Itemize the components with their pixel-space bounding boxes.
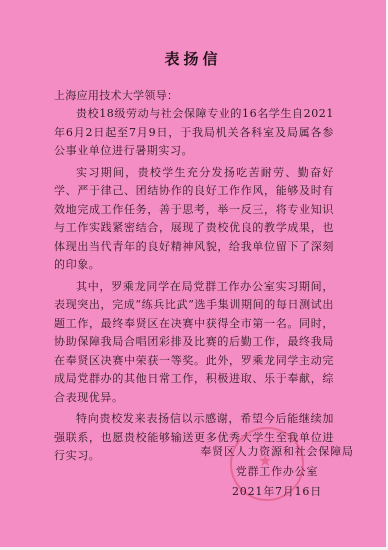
paragraph-internship-intro: 贵校18级劳动与社会保障专业的16名学生自2021年6月2日起至7月9日，于我局… [54, 105, 334, 161]
letter-title: 表扬信 [0, 48, 386, 69]
signature-date: 2021年7月16日 [192, 482, 362, 502]
letter-body: 贵校18级劳动与社会保障专业的16名学生自2021年6月2日起至7月9日，于我局… [54, 105, 334, 469]
signature-department: 党群工作办公室 [192, 462, 362, 482]
paragraph-performance: 实习期间，贵校学生充分发扬吃苦耐劳、勤奋好学、严于律己、团结协作的良好工作作风，… [54, 164, 334, 275]
paragraph-student-highlight: 其中，罗乘龙同学在局党群工作办公室实习期间，表现突出，完成“练兵比武”选手集训期… [54, 278, 334, 408]
signature-block: 奉贤区人力资源和社会保障局 党群工作办公室 2021年7月16日 [192, 442, 362, 502]
signature-organization: 奉贤区人力资源和社会保障局 [192, 442, 362, 462]
salutation: 上海应用技术大学领导： [54, 87, 178, 103]
letter-page: 表扬信 上海应用技术大学领导： 贵校18级劳动与社会保障专业的16名学生自202… [0, 0, 386, 547]
